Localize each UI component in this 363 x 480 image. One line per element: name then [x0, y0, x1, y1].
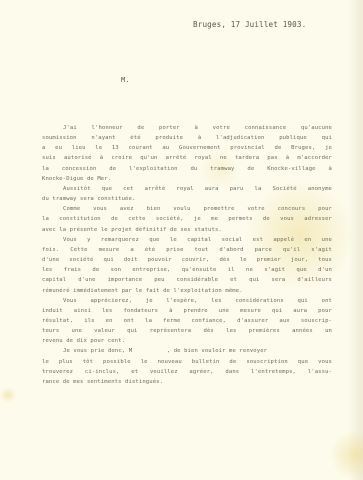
text-line: Vous y remarquerez que le capital social…	[42, 235, 332, 245]
text-line: Knocke-Digue de Mer.	[42, 174, 332, 184]
text-line: les frais de son entreprise, qu'ensuite …	[42, 265, 332, 275]
paragraph-1: J'ai l'honneur de porter à votre connais…	[42, 123, 332, 184]
text-line: d'une société qui doit pouvoir couvrir, …	[42, 255, 332, 265]
text-line: du tramway sera constituée.	[42, 194, 332, 204]
text-line: Aussitôt que cet arrêté royal aura paru …	[42, 184, 332, 194]
text-line: capital d'une importance peu considérabl…	[42, 275, 332, 285]
paragraph-3: Comme vous avez bien voulu promettre vot…	[42, 204, 332, 234]
letter-date: Bruges, 17 Juillet 1903.	[193, 20, 306, 29]
text-line: le plus tôt possible le nouveau bulletin…	[42, 357, 332, 367]
text-line: résultat, ils en ont la ferme confiance,…	[42, 316, 332, 326]
text-line: soumission n'ayant été produite à l'adju…	[42, 133, 332, 143]
text-line: induit ainsi les fondateurs à prendre un…	[42, 306, 332, 316]
text-line: la concession de l'exploitation du tramw…	[42, 164, 332, 174]
letter-salutation: M.	[121, 76, 129, 84]
paragraph-6: Je vous prie donc, M , de bien vouloir m…	[42, 346, 332, 387]
text-line: rémunéré immédiatement par le fait de l'…	[42, 286, 332, 296]
text-line: Comme vous avez bien voulu promettre vot…	[42, 204, 332, 214]
paragraph-4: Vous y remarquerez que le capital social…	[42, 235, 332, 296]
text-line: J'ai l'honneur de porter à votre connais…	[42, 123, 332, 133]
letter-body: J'ai l'honneur de porter à votre connais…	[42, 123, 332, 387]
text-line: a eu lieu le 13 courant au Gouvernement …	[42, 143, 332, 153]
text-line: la constitution de cette société, je me …	[42, 214, 332, 224]
text-line: revenu de dix pour cent.	[42, 336, 332, 346]
text-line: Vous apprécierez, je l'espère, les consi…	[42, 296, 332, 306]
paragraph-5: Vous apprécierez, je l'espère, les consi…	[42, 296, 332, 347]
paragraph-2: Aussitôt que cet arrêté royal aura paru …	[42, 184, 332, 204]
text-line: teurs une valeur qui représentera dès le…	[42, 326, 332, 336]
text-line: avec la présente le projet définitif de …	[42, 225, 332, 235]
text-line: rance de mes sentiments distingués.	[42, 377, 332, 387]
text-line: fois. Cette mesure a été prise tout d'ab…	[42, 245, 332, 255]
text-line: trouverez ci-inclus, et veuillez agréer,…	[42, 367, 332, 377]
text-line: Je vous prie donc, M , de bien vouloir m…	[42, 346, 332, 356]
text-line: suis autorisé à croire qu'un arrêté roya…	[42, 153, 332, 163]
